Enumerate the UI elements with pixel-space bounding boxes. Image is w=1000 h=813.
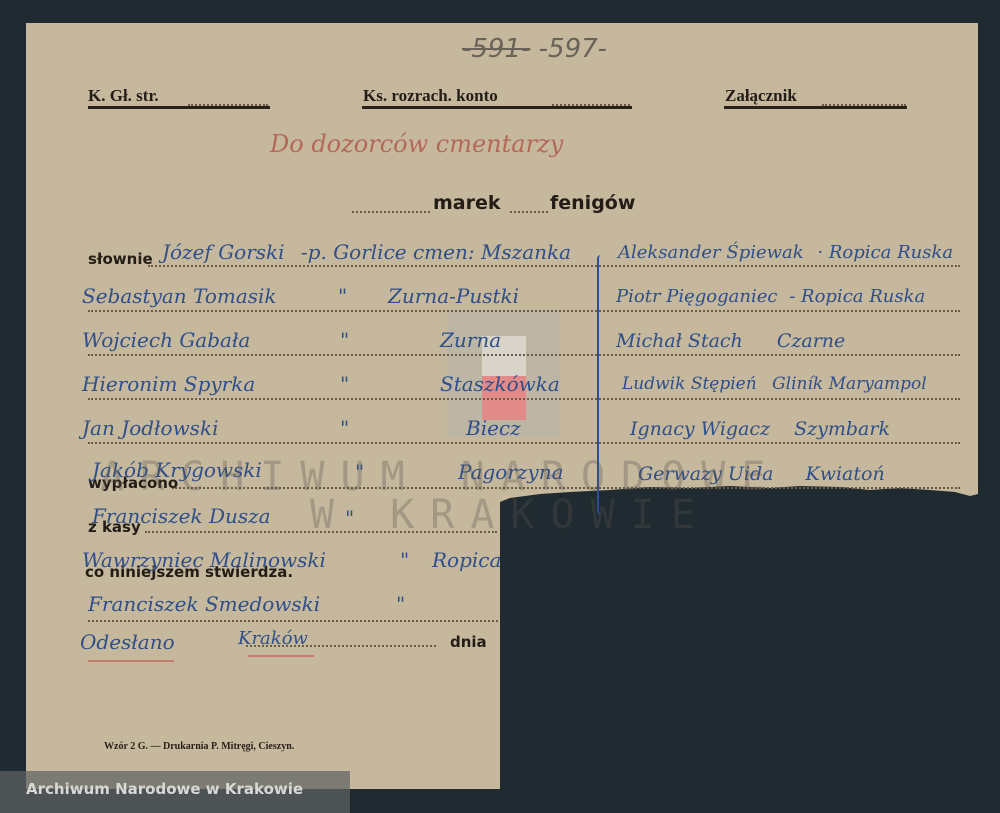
red-note: Do dozorców cmentarzy (270, 130, 563, 158)
ruled-line-8 (88, 620, 498, 622)
entry-left-3-place: Zurna (440, 328, 501, 352)
archive-label: Archiwum Narodowe w Krakowie (26, 780, 303, 798)
entry-left-2-place: Zurna-Pustki (388, 284, 519, 308)
entry-left-3: Wojciech Gabała (82, 328, 250, 352)
ruled-line-4 (88, 398, 960, 400)
entry-right-1: Aleksander Śpiewak · Ropica Ruska (618, 242, 953, 263)
entry-left-4-ditto: " (340, 372, 349, 396)
entry-left-4: Hieronim Spyrka (82, 372, 255, 396)
kgl-str-label: K. Gł. str. (88, 86, 159, 106)
entry-right-2: Piotr Pięgoganiec - Ropica Ruska (616, 286, 925, 307)
slownie-label: słownie (88, 250, 153, 268)
page-number: -591- -597- (462, 34, 607, 64)
printer-footer: Wzór 2 G. — Drukarnia P. Mitręgi, Cieszy… (104, 741, 294, 752)
kgl-str-rule (88, 106, 270, 109)
entry-left-4-place: Staszkówka (440, 372, 560, 396)
place-krakow: Kraków (238, 628, 308, 649)
entry-left-3-ditto: " (340, 328, 349, 352)
entry-left-8: Wawrzyniec Malinowski (82, 548, 326, 572)
fenigow-dots (510, 211, 548, 213)
marek-label: marek (433, 192, 501, 214)
dnia-label: dnia (450, 633, 487, 651)
zalacznik-label: Załącznik (725, 86, 797, 106)
entry-right-3: Michał Stach Czarne (616, 330, 845, 352)
entry-left-8-place: Ropica (432, 548, 501, 572)
ruled-line-2 (88, 310, 960, 312)
ruled-line-5 (88, 442, 960, 444)
ruled-line-1 (148, 265, 960, 267)
ks-rozrach-rule (362, 106, 632, 109)
page-number-current: -597- (539, 34, 607, 64)
entry-left-7: Franciszek Dusza (92, 504, 271, 528)
ruled-line-3 (88, 354, 960, 356)
fenigow-label: fenigów (550, 192, 635, 214)
entry-left-5: Jan Jodłowski (82, 416, 218, 440)
entry-left-8-ditto: " (400, 548, 409, 572)
odeslano-underline (88, 660, 174, 662)
page-number-struck: -591- (462, 34, 530, 64)
entry-left-5-place: Biecz (466, 416, 521, 440)
ks-rozrach-label: Ks. rozrach. konto (363, 86, 498, 106)
entry-left-2: Sebastyan Tomasik (82, 284, 277, 308)
place-underline (248, 655, 314, 657)
watermark-line-2: W KRAKOWIE (310, 492, 711, 538)
entry-left-1: Józef Gorski -p. Gorlice cmen: Mszanka (162, 240, 571, 264)
entry-left-9-ditto: " (396, 592, 405, 616)
entry-left-5-ditto: " (340, 416, 349, 440)
entry-right-5: Ignacy Wigacz Szymbark (630, 418, 890, 440)
entry-left-9: Franciszek Smedowski (88, 592, 320, 616)
marek-dots (352, 211, 430, 213)
entry-right-4: Ludwik Stępień Gliník Maryampol (622, 374, 927, 394)
entry-left-2-ditto: " (338, 284, 347, 308)
odeslano-text: Odesłano (80, 630, 175, 654)
zalacznik-rule (724, 106, 907, 109)
